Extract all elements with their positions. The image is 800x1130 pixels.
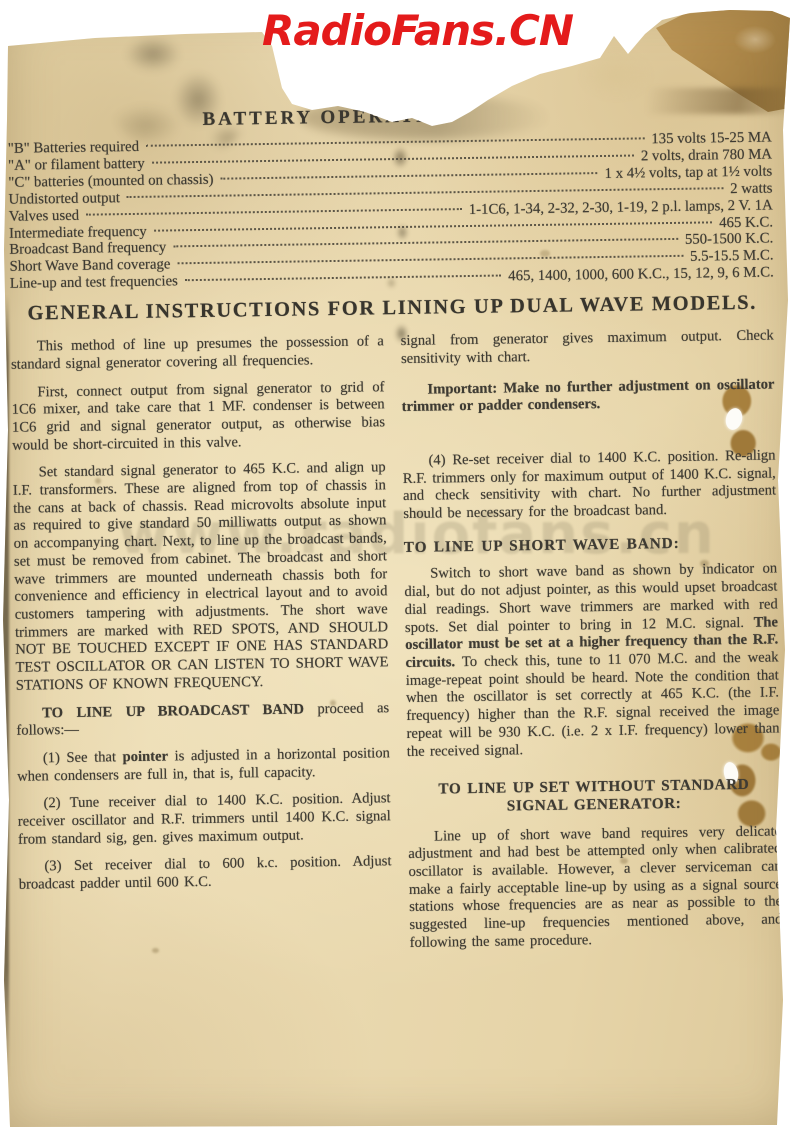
text-run: TO LINE UP SET WITHOUT STANDARD SIGNAL G…: [438, 776, 749, 814]
paragraph: Important: Make no further adjustment on…: [401, 376, 774, 417]
text-run: Set standard signal generator to 465 K.C…: [13, 460, 389, 694]
article-title: GENERAL INSTRUCTIONS FOR LINING UP DUAL …: [10, 292, 774, 326]
paragraph: Switch to short wave band as shown by in…: [404, 561, 780, 761]
paragraph: First, connect output from signal genera…: [11, 379, 385, 455]
spec-value: 2 volts, drain 780 MA: [641, 146, 772, 165]
text-run: TO LINE UP SHORT WAVE BAND:: [404, 535, 680, 556]
spec-value: 2 watts: [730, 180, 773, 198]
dotted-leader: [146, 137, 644, 146]
watermark-brand: RadioFans.CN: [262, 6, 573, 55]
spec-label: Valves used: [9, 207, 80, 225]
spec-label: "B" Batteries required: [8, 139, 139, 158]
two-column-text: This method of line up presumes the poss…: [11, 328, 784, 969]
paragraph: (1) See that pointer is adjusted in a ho…: [17, 745, 390, 786]
paragraph: Set standard signal generator to 465 K.C…: [13, 460, 389, 696]
text-run: First, connect output from signal genera…: [12, 379, 385, 454]
dotted-leader: [177, 255, 683, 265]
paragraph: (2) Tune receiver dial to 1400 K.C. posi…: [17, 791, 391, 850]
spec-value: 5.5-15.5 M.C.: [690, 248, 774, 266]
dotted-leader: [185, 275, 501, 282]
paragraph: (4) Re-set receiver dial to 1400 K.C. po…: [402, 447, 776, 523]
spec-value: 135 volts 15-25 MA: [651, 129, 772, 148]
text-run: (4) Re-set receiver dial to 1400 K.C. po…: [403, 447, 776, 522]
section-heading: TO LINE UP SET WITHOUT STANDARD SIGNAL G…: [413, 776, 774, 817]
spec-label: Undistorted output: [8, 190, 120, 209]
spec-value: 465, 1400, 1000, 600 K.C., 15, 12, 9, 6 …: [508, 265, 774, 286]
spec-value: 465 K.C.: [719, 214, 773, 232]
dotted-leader: [86, 208, 462, 216]
printed-content: BATTERY OPERATED. "B" Batteries required…: [7, 100, 784, 968]
text-run: To check this, tune to 11 070 M.C. and t…: [406, 649, 780, 759]
text-run: Line up of short wave band requires very…: [408, 823, 782, 951]
dotted-leader: [173, 238, 678, 247]
dotted-leader: [127, 187, 723, 198]
spec-list: "B" Batteries required135 volts 15-25 MA…: [8, 129, 774, 292]
paragraph: (3) Set receiver dial to 600 k.c. positi…: [18, 854, 391, 895]
dotted-leader: [221, 172, 598, 180]
text-run: This method of line up presumes the poss…: [11, 333, 384, 372]
paragraph: signal from generator gives maximum outp…: [401, 328, 774, 369]
text-run: (1) See that: [43, 749, 123, 766]
section-heading: TO LINE UP SHORT WAVE BAND:: [404, 533, 777, 556]
spec-value: 550-1500 K.C.: [685, 231, 774, 249]
text-run: Important: Make no further adjustment on…: [402, 376, 775, 415]
text-run: signal from generator gives maximum outp…: [401, 328, 774, 367]
text-run: (3) Set receiver dial to 600 k.c. positi…: [19, 854, 392, 893]
dotted-leader: [154, 221, 712, 231]
paragraph: This method of line up presumes the poss…: [11, 333, 384, 374]
text-run: (2) Tune receiver dial to 1400 K.C. posi…: [18, 791, 391, 848]
paper-sheet: www.radiofans.cn BATTERY OPERATED. "B" B…: [0, 0, 800, 1130]
text-run: Switch to short wave band as shown by in…: [404, 561, 777, 636]
dotted-leader: [152, 154, 634, 163]
spec-label: "C" batteries (mounted on chassis): [8, 172, 213, 192]
scanned-document: www.radiofans.cn BATTERY OPERATED. "B" B…: [0, 0, 800, 1130]
paragraph: Line up of short wave band requires very…: [408, 823, 783, 952]
right-column: signal from generator gives maximum outp…: [401, 328, 783, 963]
left-column: This method of line up presumes the poss…: [11, 333, 393, 968]
spec-label: "A" or filament battery: [8, 156, 145, 175]
text-run: pointer: [122, 748, 168, 765]
paragraph: TO LINE UP BROADCAST BAND proceed as fol…: [16, 700, 389, 741]
text-run: TO LINE UP BROADCAST BAND: [42, 701, 317, 721]
spec-label: Line-up and test frequencies: [10, 274, 178, 293]
